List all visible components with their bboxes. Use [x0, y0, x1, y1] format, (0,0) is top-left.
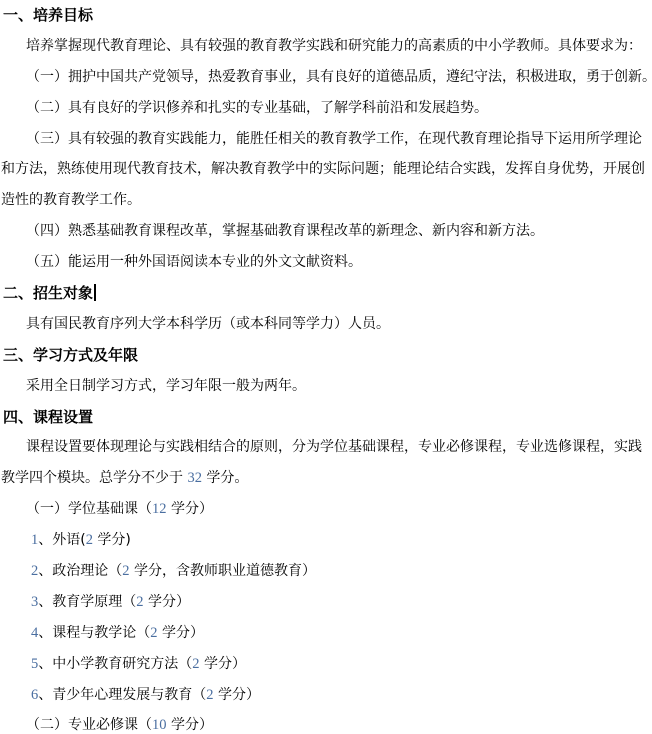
doc-paragraph-line: 1、外语(2 学分): [0, 525, 652, 556]
doc-paragraph-line: 4、课程与教学论（2 学分）: [0, 618, 652, 649]
doc-paragraph-line: （一）学位基础课（12 学分）: [0, 494, 652, 525]
doc-paragraph-line: 3、教育学原理（2 学分）: [0, 587, 652, 618]
doc-paragraph-line: 具有国民教育序列大学本科学历（或本科同等学力）人员。: [0, 309, 652, 340]
doc-paragraph-line: （五）能运用一种外国语阅读本专业的外文文献资料。: [0, 247, 652, 278]
credit-number: 10: [152, 717, 167, 733]
document-body: 一、培养目标培养掌握现代教育理论、具有较强的教育教学实践和研究能力的高素质的中小…: [0, 0, 652, 734]
credit-number: 1: [31, 532, 38, 548]
doc-heading: 一、培养目标: [0, 0, 652, 31]
doc-paragraph-line: （二）具有良好的学识修养和扎实的专业基础，了解学科前沿和发展趋势。: [0, 93, 652, 124]
document-page[interactable]: 一、培养目标培养掌握现代教育理论、具有较强的教育教学实践和研究能力的高素质的中小…: [0, 0, 652, 734]
text-cursor: [94, 284, 96, 301]
doc-paragraph-line: 和方法，熟练使用现代教育技术，解决教育教学中的实际问题；能理论结合实践，发挥自身…: [0, 154, 652, 185]
doc-heading: 三、学习方式及年限: [0, 340, 652, 371]
credit-number: 2: [192, 656, 199, 672]
credit-number: 2: [86, 532, 93, 548]
doc-paragraph-line: 采用全日制学习方式，学习年限一般为两年。: [0, 371, 652, 402]
credit-number: 12: [152, 501, 167, 517]
doc-heading: 二、招生对象: [0, 278, 652, 309]
doc-paragraph-line: 6、青少年心理发展与教育（2 学分）: [0, 680, 652, 711]
doc-heading: 四、课程设置: [0, 402, 652, 433]
doc-paragraph-line: （二）专业必修课（10 学分）: [0, 710, 652, 734]
doc-paragraph-line: 教学四个模块。总学分不少于 32 学分。: [0, 463, 652, 494]
credit-number: 6: [31, 687, 38, 703]
credit-number: 2: [136, 594, 143, 610]
credit-number: 2: [206, 687, 213, 703]
doc-paragraph-line: 培养掌握现代教育理论、具有较强的教育教学实践和研究能力的高素质的中小学教师。具体…: [0, 31, 652, 62]
doc-paragraph-line: 造性的教育教学工作。: [0, 185, 652, 216]
doc-paragraph-line: （四）熟悉基础教育课程改革，掌握基础教育课程改革的新理念、新内容和新方法。: [0, 216, 652, 247]
credit-number: 3: [31, 594, 38, 610]
credit-number: 5: [31, 656, 38, 672]
credit-number: 2: [150, 625, 157, 641]
doc-paragraph-line: 2、政治理论（2 学分，含教师职业道德教育）: [0, 556, 652, 587]
doc-paragraph-line: 5、中小学教育研究方法（2 学分）: [0, 649, 652, 680]
credit-number: 2: [31, 563, 38, 579]
credit-number: 2: [122, 563, 129, 579]
credit-number: 32: [187, 470, 202, 486]
doc-paragraph-line: 课程设置要体现理论与实践相结合的原则，分为学位基础课程，专业必修课程，专业选修课…: [0, 432, 652, 463]
doc-paragraph-line: （三）具有较强的教育实践能力，能胜任相关的教育教学工作，在现代教育理论指导下运用…: [0, 124, 652, 155]
doc-paragraph-line: （一）拥护中国共产党领导，热爱教育事业，具有良好的道德品质，遵纪守法，积极进取，…: [0, 62, 652, 93]
credit-number: 4: [31, 625, 38, 641]
